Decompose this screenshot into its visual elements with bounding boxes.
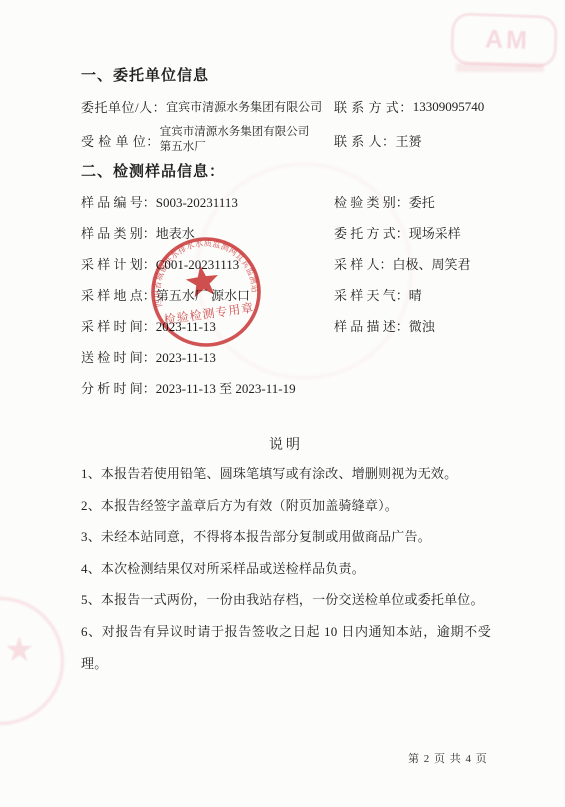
section2-heading: 二、检测样品信息： <box>81 160 491 181</box>
notes-title: 说明 <box>81 434 491 454</box>
note-item: 5、本报告一式两份，一份由我站存档，一份交送检单位或委托单位。 <box>81 584 491 616</box>
notes-list: 1、本报告若使用铅笔、圆珠笔填写或有涂改、增删则视为无效。 2、本报告经签字盖章… <box>81 458 491 679</box>
ghost-cma-letters: MA <box>481 25 527 56</box>
seal-ring <box>146 232 266 352</box>
contact-method-value: 13309095740 <box>413 99 485 115</box>
contact-person-label: 联 系 人： <box>334 131 396 150</box>
scanned-report-page: MA ★ 一、委托单位信息 委托单位/人：宜宾市清源水务集团有限公司 联 系 方… <box>0 0 565 807</box>
client-value: 宜宾市清源水务集团有限公司 <box>166 98 322 115</box>
inspected-unit-line1: 宜宾市清源水务集团有限公司 <box>160 125 310 140</box>
inspection-seal: 四川省城镇供水排水水质监测网宜宾监测站 检验检测专用章 <box>113 199 298 384</box>
client-label: 委托单位/人： <box>81 97 166 116</box>
field-row: 样 品 编 号：S003-20231113 检 验 类 别：委托 <box>81 186 491 217</box>
contact-method-label: 联 系 方 式： <box>334 97 413 116</box>
inspected-unit-label: 受 检 单 位： <box>81 131 160 150</box>
note-item: 2、本报告经签字盖章后方为有效（附页加盖骑缝章）。 <box>81 490 491 522</box>
commission-mode-field: 委 托 方 式：现场采样 <box>334 223 491 242</box>
ghost-star-icon: ★ <box>4 630 34 670</box>
ghost-cma-stamp: MA <box>450 12 558 68</box>
seal-arc-text: 四川省城镇供水排水水质监测网宜宾监测站 <box>145 230 262 308</box>
sample-description-field: 样 品 描 述：微浊 <box>334 316 491 335</box>
seal-bottom-text: 检验检测专用章 <box>163 300 255 328</box>
inspection-type-field: 检 验 类 别：委托 <box>334 192 491 211</box>
page-number: 第 2 页 共 4 页 <box>408 750 488 766</box>
note-item: 3、未经本站同意，不得将本报告部分复制或用做商品广告。 <box>81 521 491 553</box>
sampler-field: 采 样 人：白极、周笑君 <box>334 254 491 273</box>
inspected-unit-row: 受 检 单 位： 宜宾市清源水务集团有限公司 第五水厂 联 系 人：王赟 <box>81 121 491 159</box>
client-row: 委托单位/人：宜宾市清源水务集团有限公司 联 系 方 式：13309095740 <box>81 97 491 116</box>
contact-person-value: 王赟 <box>396 131 422 150</box>
section1-heading: 一、委托单位信息 <box>81 64 491 85</box>
inspected-unit-line2: 第五水厂 <box>160 140 310 155</box>
seal-star-icon <box>184 263 220 298</box>
note-item: 4、本次检测结果仅对所采样品或送检样品负责。 <box>81 553 491 585</box>
sampling-weather-field: 采 样 天 气：晴 <box>334 285 491 304</box>
note-item: 6、对报告有异议时请于报告签收之日起 10 日内通知本站，逾期不受理。 <box>81 616 491 679</box>
note-item: 1、本报告若使用铅笔、圆珠笔填写或有涂改、增删则视为无效。 <box>81 458 491 490</box>
